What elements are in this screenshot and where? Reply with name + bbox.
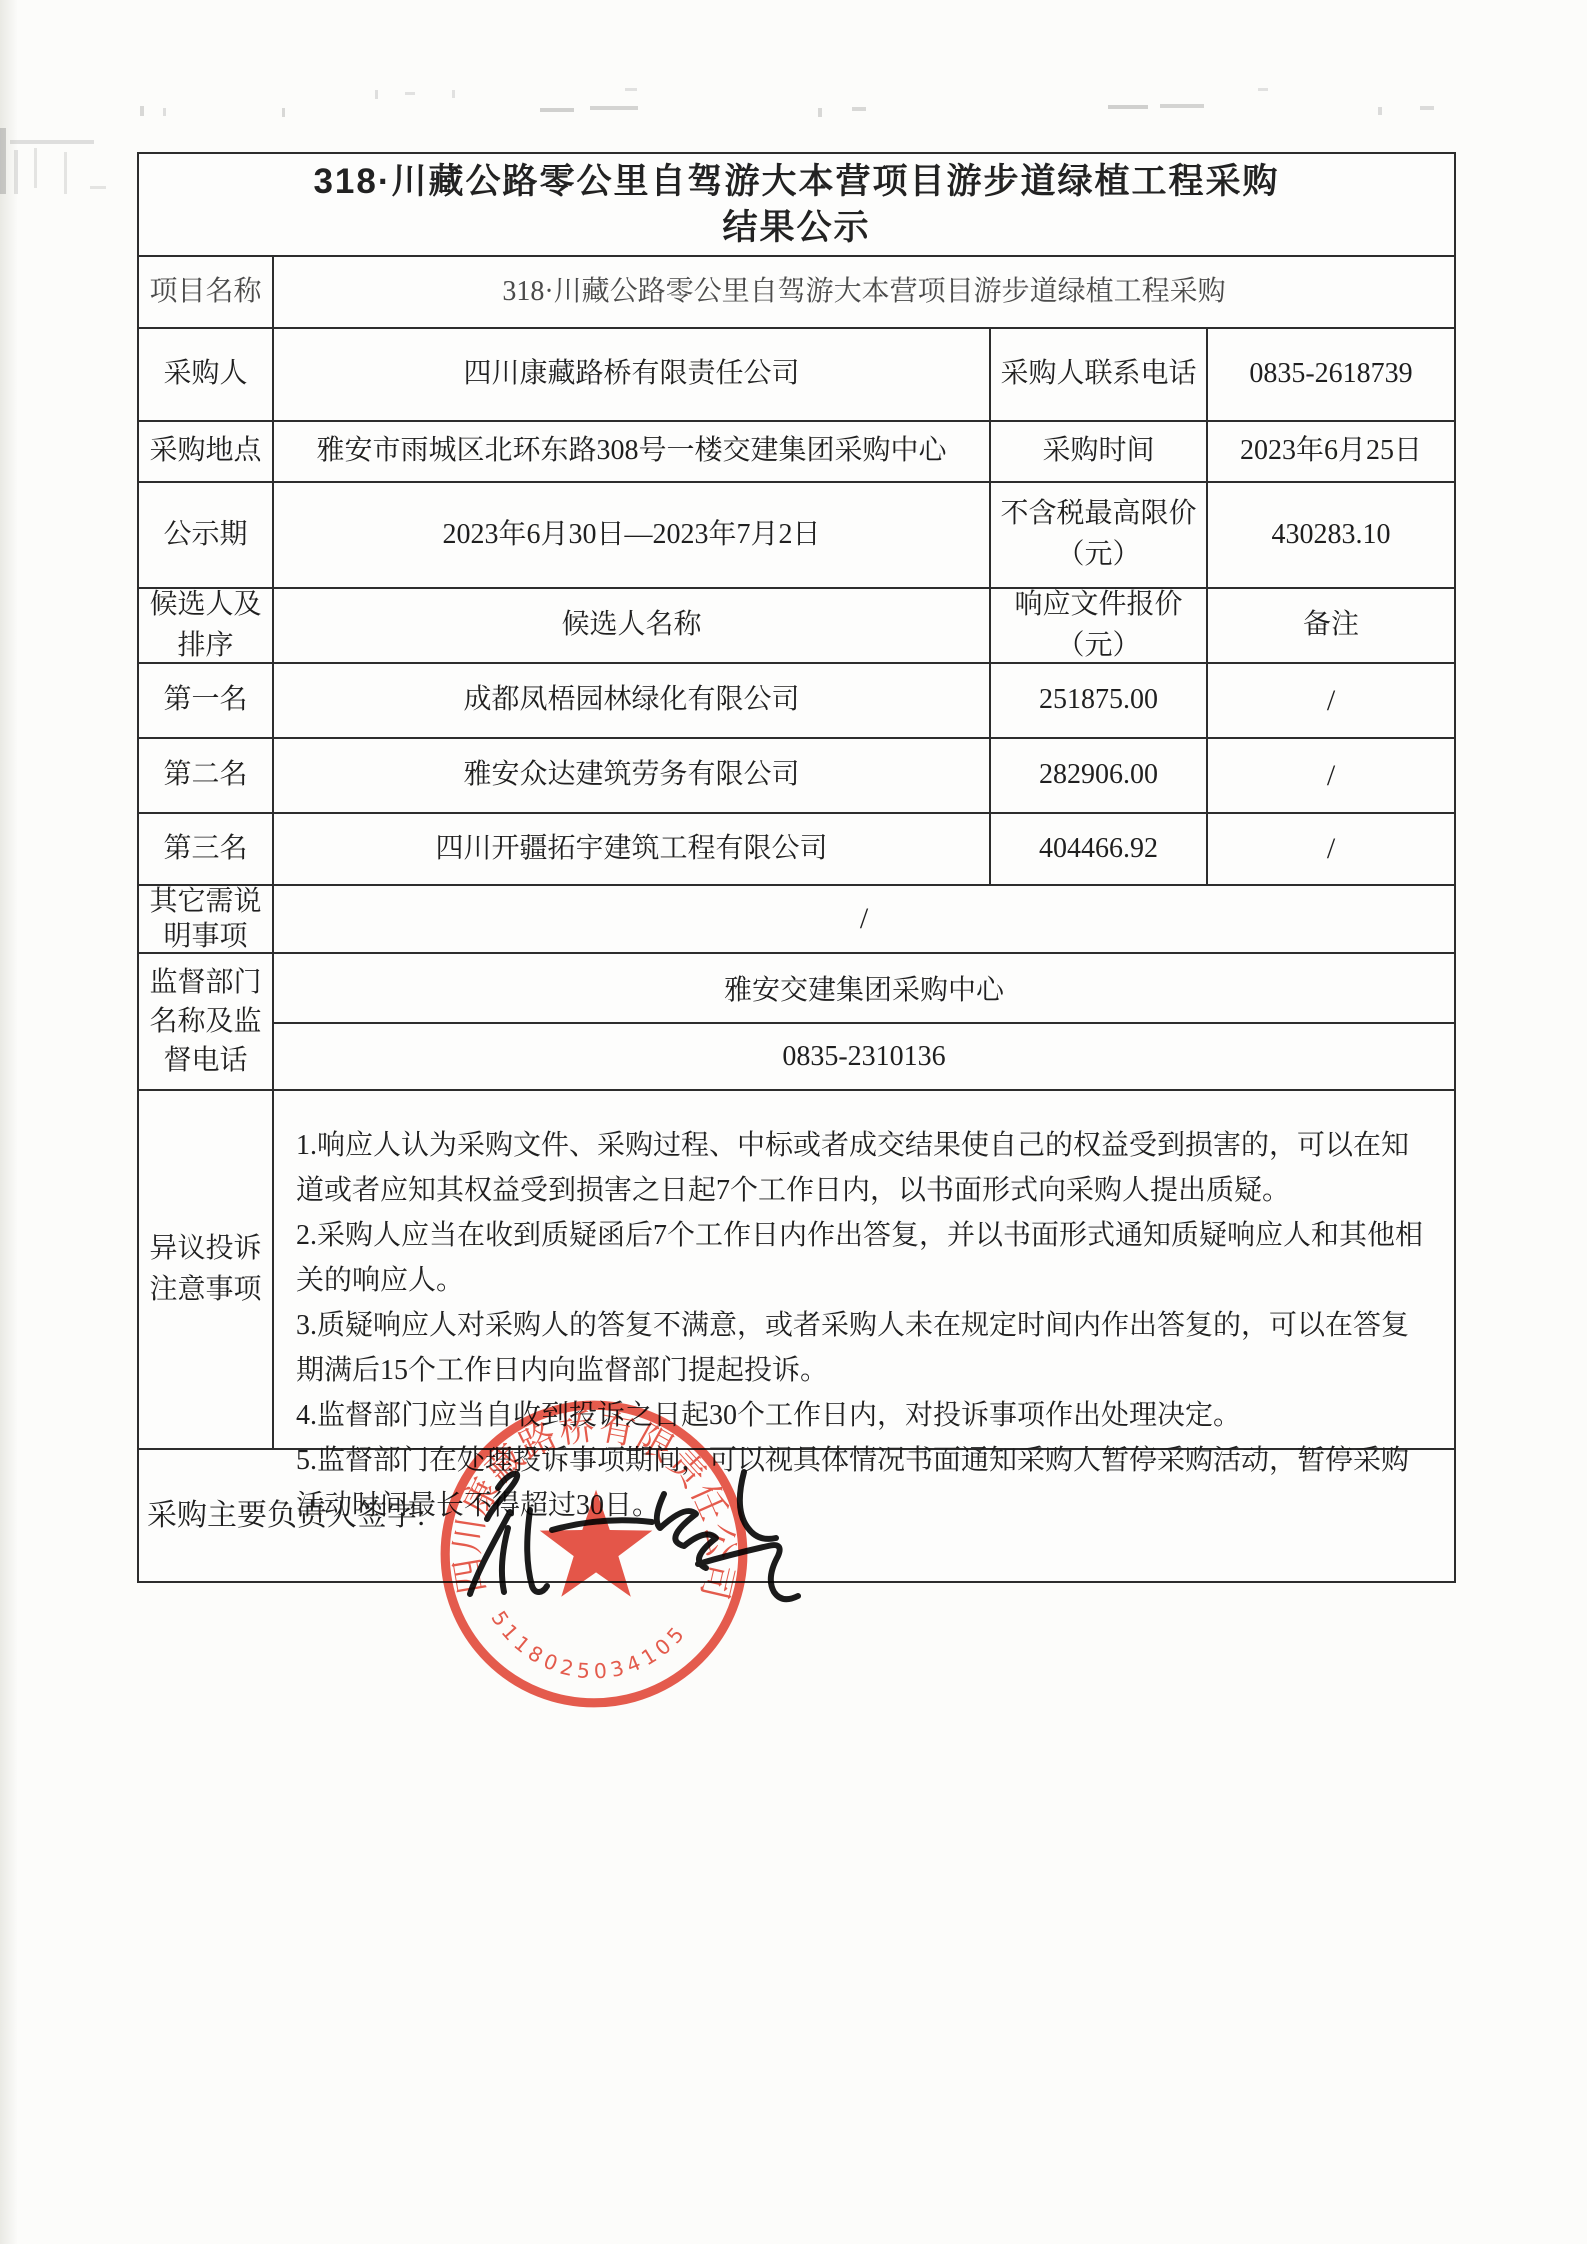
max-price-value: 430283.10 [1208, 483, 1454, 587]
candidate-quote: 282906.00 [991, 739, 1208, 812]
candidates-name-header: 候选人名称 [274, 589, 991, 662]
row-objection-notes: 异议投诉注意事项 1.响应人认为采购文件、采购过程、中标或者成交结果使自己的权益… [139, 1091, 1454, 1450]
other-notes-value: / [274, 886, 1454, 952]
scan-artifact [14, 150, 18, 194]
signature-stroke [698, 1545, 798, 1599]
scan-artifact [64, 152, 67, 194]
candidates-quote-header-line2: （元） [1056, 626, 1140, 667]
scan-artifact [1420, 106, 1434, 110]
candidate-quote: 404466.92 [991, 814, 1208, 884]
table-row-candidate-3: 第三名 四川开疆拓宇建筑工程有限公司 404466.92 / [139, 814, 1454, 886]
candidate-remark: / [1208, 739, 1454, 812]
signature-stroke [740, 1472, 776, 1539]
objection-item-2: 2.采购人应当在收到质疑函后7个工作日内作出答复，并以书面形式通知质疑响应人和其… [296, 1213, 1436, 1303]
purchase-time-value: 2023年6月25日 [1208, 422, 1454, 481]
scan-artifact [282, 108, 285, 117]
max-price-label-line2: （元） [1056, 535, 1140, 576]
scan-artifact [540, 108, 574, 112]
scan-artifact [818, 108, 822, 117]
candidates-quote-header: 响应文件报价 （元） [991, 589, 1208, 662]
scan-artifact [1378, 107, 1382, 115]
scan-artifact [452, 90, 455, 98]
candidate-quote: 251875.00 [991, 664, 1208, 737]
candidate-name: 雅安众达建筑劳务有限公司 [274, 739, 991, 812]
row-supervision: 监督部门名称及监督电话 雅安交建集团采购中心 0835-2310136 [139, 954, 1454, 1091]
candidate-rank: 第三名 [139, 814, 274, 884]
supervision-label: 监督部门名称及监督电话 [139, 954, 274, 1089]
location-label: 采购地点 [139, 422, 274, 481]
signature-stroke [502, 1528, 508, 1592]
scanned-document-page: 318·川藏公路零公里自驾游大本营项目游步道绿植工程采购 结果公示 项目名称 3… [0, 0, 1587, 2244]
stamp-number-arc-text: 5118025034105 [486, 1607, 692, 1684]
signature-stroke [527, 1510, 547, 1592]
scan-artifact [405, 92, 415, 95]
table-row-candidate-2: 第二名 雅安众达建筑劳务有限公司 282906.00 / [139, 739, 1454, 814]
scan-edge-shadow [0, 0, 18, 2244]
candidates-quote-header-line1: 响应文件报价 [1014, 585, 1182, 626]
publicity-value: 2023年6月30日—2023年7月2日 [274, 483, 991, 587]
signature-label: 采购主要负责人签字: [147, 1494, 425, 1538]
scan-artifact [590, 106, 638, 110]
project-name-value: 318·川藏公路零公里自驾游大本营项目游步道绿植工程采购 [274, 257, 1454, 327]
row-publicity-period: 公示期 2023年6月30日—2023年7月2日 不含税最高限价 （元） 430… [139, 483, 1454, 589]
procurement-result-table: 318·川藏公路零公里自驾游大本营项目游步道绿植工程采购 结果公示 项目名称 3… [137, 152, 1456, 1583]
candidate-remark: / [1208, 814, 1454, 884]
row-project-name: 项目名称 318·川藏公路零公里自驾游大本营项目游步道绿植工程采购 [139, 257, 1454, 329]
candidate-name: 四川开疆拓宇建筑工程有限公司 [274, 814, 991, 884]
candidate-rank: 第二名 [139, 739, 274, 812]
supervision-values: 雅安交建集团采购中心 0835-2310136 [274, 954, 1454, 1089]
purchaser-label: 采购人 [139, 329, 274, 420]
candidates-remark-header: 备注 [1208, 589, 1454, 662]
handwritten-signature [446, 1446, 836, 1616]
scan-artifact [852, 107, 866, 111]
scan-artifact [0, 128, 6, 194]
purchaser-value: 四川康藏路桥有限责任公司 [274, 329, 991, 420]
project-name-label: 项目名称 [139, 257, 274, 327]
max-price-label-line1: 不含税最高限价 [1000, 494, 1196, 535]
objection-item-1: 1.响应人认为采购文件、采购过程、中标或者成交结果使自己的权益受到损害的，可以在… [296, 1123, 1436, 1213]
objection-label: 异议投诉注意事项 [139, 1091, 274, 1448]
scan-artifact [163, 108, 166, 116]
scan-artifact [1160, 104, 1204, 108]
candidate-name: 成都凤梧园林绿化有限公司 [274, 664, 991, 737]
table-row-candidate-1: 第一名 成都凤梧园林绿化有限公司 251875.00 / [139, 664, 1454, 739]
row-other-notes: 其它需说明事项 / [139, 886, 1454, 954]
signature-stroke [657, 1494, 716, 1568]
objection-body: 1.响应人认为采购文件、采购过程、中标或者成交结果使自己的权益受到损害的，可以在… [274, 1091, 1454, 1448]
row-candidates-header: 候选人及排序 候选人名称 响应文件报价 （元） 备注 [139, 589, 1454, 664]
supervision-dept: 雅安交建集团采购中心 [274, 954, 1454, 1024]
other-notes-label: 其它需说明事项 [139, 886, 274, 952]
objection-item-3: 3.质疑响应人对采购人的答复不满意，或者采购人未在规定时间内作出答复的，可以在答… [296, 1303, 1436, 1393]
purchaser-phone-label: 采购人联系电话 [991, 329, 1208, 420]
purchase-time-label: 采购时间 [991, 422, 1208, 481]
publicity-label: 公示期 [139, 483, 274, 587]
supervision-phone: 0835-2310136 [274, 1024, 1454, 1089]
location-value: 雅安市雨城区北环东路308号一楼交建集团采购中心 [274, 422, 991, 481]
document-title-line2: 结果公示 [722, 205, 870, 251]
row-purchaser: 采购人 四川康藏路桥有限责任公司 采购人联系电话 0835-2618739 [139, 329, 1454, 422]
scan-artifact [1108, 105, 1148, 109]
scan-artifact [10, 140, 94, 144]
scan-artifact [1258, 88, 1268, 91]
scan-artifact [625, 88, 637, 91]
max-price-label: 不含税最高限价 （元） [991, 483, 1208, 587]
candidates-rank-header: 候选人及排序 [139, 589, 274, 662]
scan-artifact [375, 90, 378, 99]
signature-stroke [552, 1520, 652, 1530]
scan-artifact [140, 106, 144, 116]
document-title: 318·川藏公路零公里自驾游大本营项目游步道绿植工程采购 结果公示 [139, 154, 1454, 257]
candidate-remark: / [1208, 664, 1454, 737]
scan-artifact [34, 148, 37, 188]
document-title-line1: 318·川藏公路零公里自驾游大本营项目游步道绿植工程采购 [313, 159, 1279, 205]
row-location: 采购地点 雅安市雨城区北环东路308号一楼交建集团采购中心 采购时间 2023年… [139, 422, 1454, 483]
purchaser-phone-value: 0835-2618739 [1208, 329, 1454, 420]
scan-artifact [90, 186, 106, 189]
candidate-rank: 第一名 [139, 664, 274, 737]
